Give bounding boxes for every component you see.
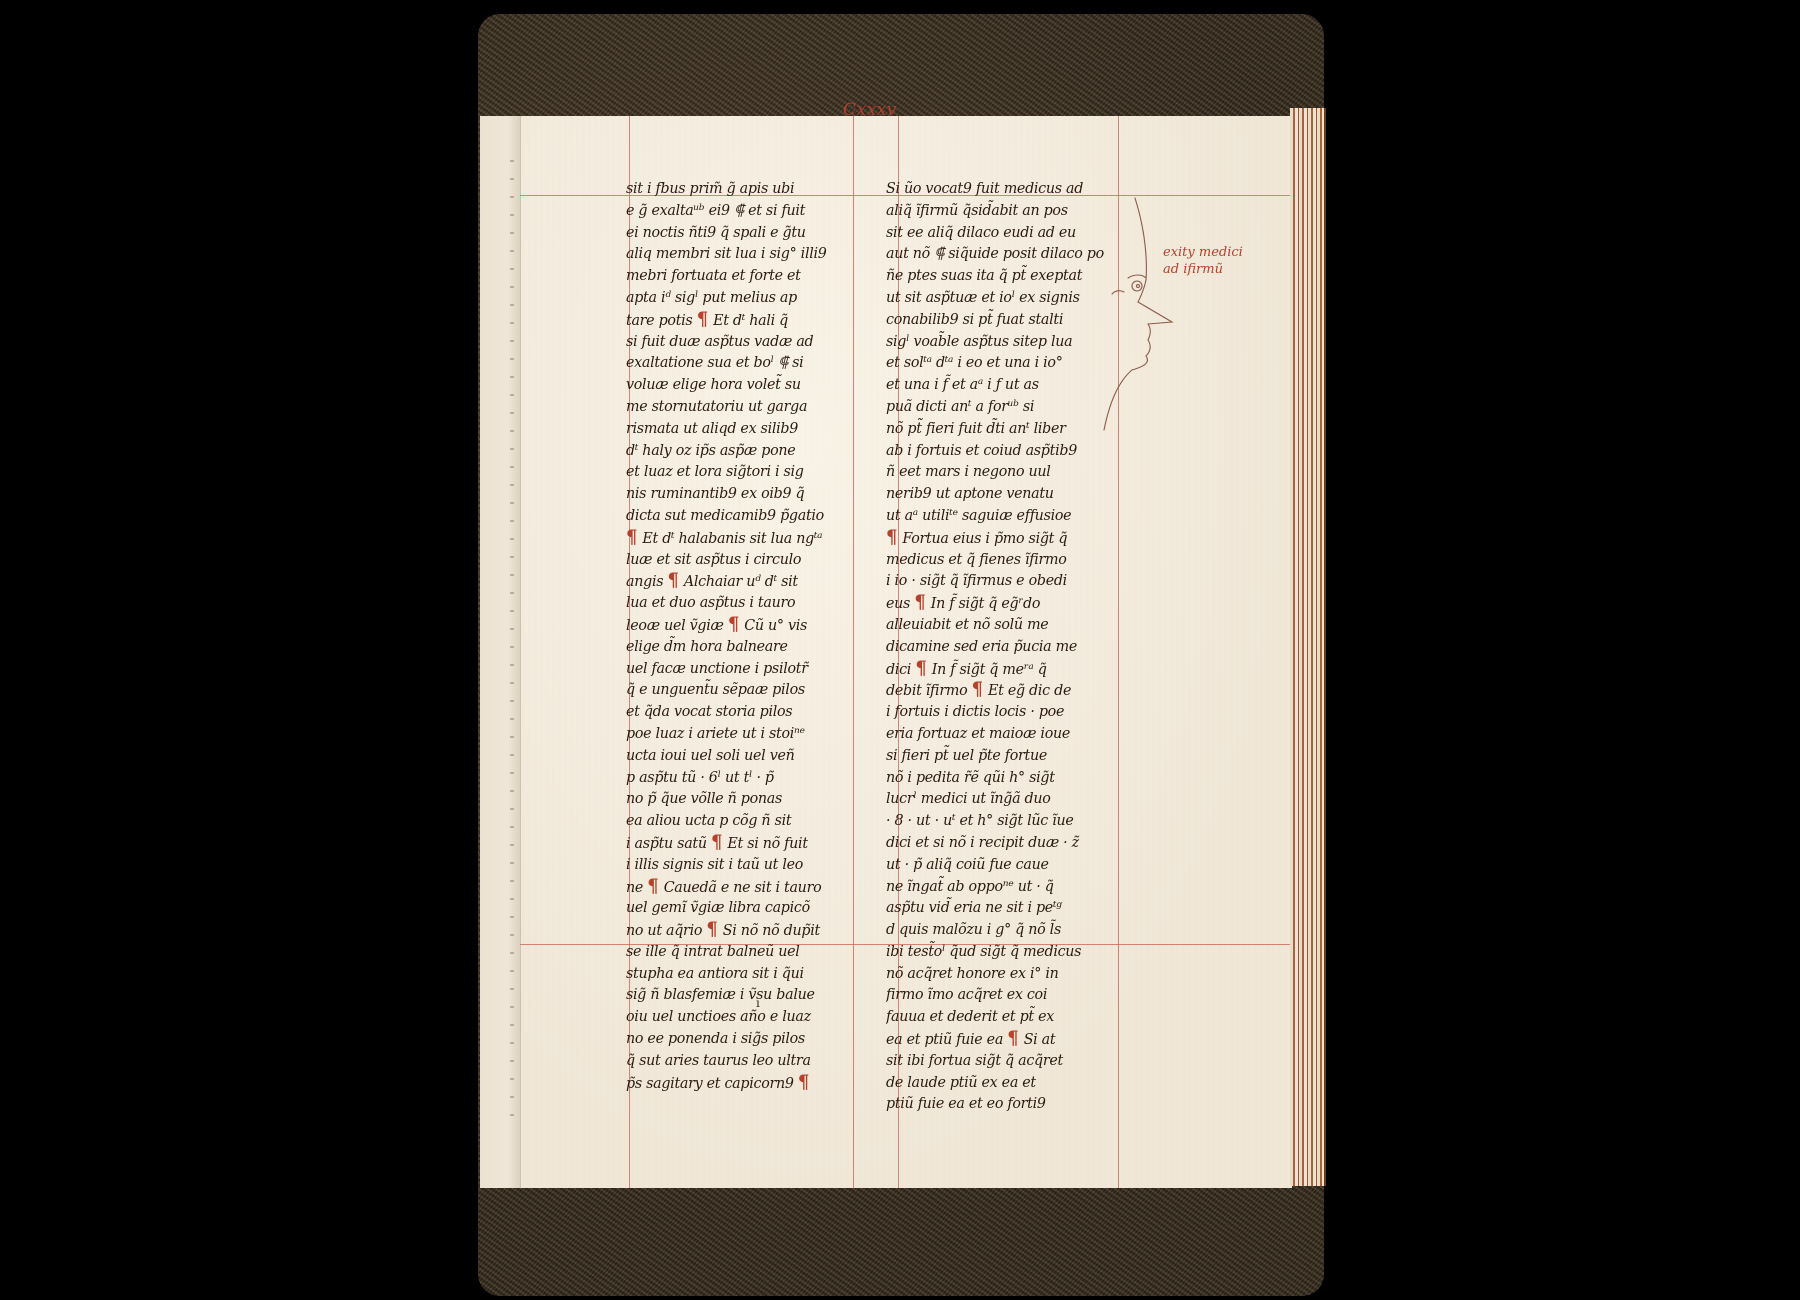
text-line: aliq̃ ĩfirmũ q̃sid̃abit an pos bbox=[886, 200, 1112, 222]
text-line: mebri fortuata et forte et bbox=[626, 265, 846, 287]
rubric-paraph-icon: ¶ bbox=[706, 919, 717, 940]
text-line: sigˡ voab̃le asp̃tus sitep lua bbox=[886, 331, 1112, 353]
text-line: ut aᵃ utiliᵗᵉ saguiæ effusioe bbox=[886, 505, 1112, 527]
text-segment: et solᵗᵃ dᵗᵃ i eo et una i io° bbox=[886, 353, 1063, 371]
text-segment: fauua et dederit et pt̃ ex bbox=[886, 1007, 1054, 1025]
text-segment: eus bbox=[886, 594, 914, 612]
text-line: d quis malõzu i g° q̃ nõ l̃s bbox=[886, 919, 1112, 941]
text-line: ne ĩngat̃ ab oppoⁿᵉ ut · q̃ bbox=[886, 876, 1112, 898]
text-line: q̃ e unguent̃u sẽpaæ pilos bbox=[626, 679, 846, 701]
text-segment: angis bbox=[626, 572, 667, 590]
rubric-paraph-icon: ¶ bbox=[697, 309, 708, 330]
text-segment: alleuiabit et nõ solũ me bbox=[886, 615, 1048, 633]
text-line: apta iᵈ sigˡ put melius ap bbox=[626, 287, 846, 309]
text-segment: de laude ptiũ ex ea et bbox=[886, 1073, 1036, 1091]
text-line: i asp̃tu satũ ¶ Et si nõ fuit bbox=[626, 832, 846, 854]
text-line: exaltatione sua et boˡ ⸿ si bbox=[626, 352, 846, 374]
text-segment: nerib9 ut aptone venatu bbox=[886, 484, 1054, 502]
rubric-paraph-icon: ¶ bbox=[711, 832, 722, 853]
text-line: ucta ioui uel soli uel veñ bbox=[626, 745, 846, 767]
text-segment: medicus et q̃ fienes ĩfirmo bbox=[886, 550, 1067, 568]
text-segment: mebri fortuata et forte et bbox=[626, 266, 801, 284]
text-line: rismata ut aliqd ex silib9 bbox=[626, 418, 846, 440]
text-segment: ut sit asp̃tuæ et ioˡ ex signis bbox=[886, 288, 1080, 306]
text-line: ea et ptiũ fuie ea ¶ Si at bbox=[886, 1028, 1112, 1050]
text-line: no ut aq̃rio ¶ Si nõ nõ dup̃it bbox=[626, 919, 846, 941]
text-line: eria fortuaz et maioæ ioue bbox=[886, 723, 1112, 745]
text-line: dici ¶ In f̃ sig̃t q̃ meʳᵃ q̃ bbox=[886, 658, 1112, 680]
text-segment: sit i fbus prim̃ g̃ apis ubi bbox=[626, 179, 794, 197]
text-line: luæ et sit asp̃tus i circulo bbox=[626, 549, 846, 571]
text-line: ea aliou ucta p cõg ñ sit bbox=[626, 810, 846, 832]
text-segment: ibi test̃oˡ q̃ud sig̃t q̃ medicus bbox=[886, 942, 1081, 960]
text-segment: elige d̃m hora balneare bbox=[626, 637, 788, 655]
text-segment: e g̃ exaltaᵘᵇ ei9 ⸿ et si fuit bbox=[626, 201, 805, 219]
text-line: tare potis ¶ Et dᵗ hali q̃ bbox=[626, 309, 846, 331]
text-segment: ea et ptiũ fuie ea bbox=[886, 1030, 1007, 1048]
stray-ink-mark: ı bbox=[756, 996, 760, 1010]
text-line: p̃s sagitary et capicorn9 ¶ bbox=[626, 1072, 846, 1094]
rubric-paraph-icon: ¶ bbox=[1007, 1028, 1018, 1049]
text-line: q̃ sut aries taurus leo ultra bbox=[626, 1050, 846, 1072]
text-segment: no p̃ q̃ue võlle ñ ponas bbox=[626, 789, 782, 807]
text-segment: uel facæ unctione i psilotr̃ bbox=[626, 659, 808, 677]
text-line: aut nõ ⸿ siq̃uide posit dilaco po bbox=[886, 243, 1112, 265]
text-line: uel facæ unctione i psilotr̃ bbox=[626, 658, 846, 680]
text-line: sit ee aliq̃ dilaco eudi ad eu bbox=[886, 222, 1112, 244]
text-line: se ille q̃ intrat balneũ uel bbox=[626, 941, 846, 963]
text-line: ¶ Et dᵗ halabanis sit lua ngᵗᵃ bbox=[626, 527, 846, 549]
text-line: lua et duo asp̃tus i tauro bbox=[626, 592, 846, 614]
text-line: et solᵗᵃ dᵗᵃ i eo et una i io° bbox=[886, 352, 1112, 374]
text-segment: luæ et sit asp̃tus i circulo bbox=[626, 550, 801, 568]
text-line: fauua et dederit et pt̃ ex bbox=[886, 1006, 1112, 1028]
text-segment: leoæ uel ṽgiæ bbox=[626, 616, 728, 634]
text-segment: sig̃ ñ blasfemiæ i ṽsu balue bbox=[626, 985, 815, 1003]
text-segment: Cauedã e ne sit i tauro bbox=[659, 878, 821, 896]
text-segment: dᵗ haly oz ip̃s asp̃æ pone bbox=[626, 441, 795, 459]
text-segment: Si nõ nõ dup̃it bbox=[719, 921, 820, 939]
text-column-left: sit i fbus prim̃ g̃ apis ubie g̃ exaltaᵘ… bbox=[626, 178, 858, 1093]
text-segment: dicamine sed eria p̃ucia me bbox=[886, 637, 1077, 655]
text-segment: uel gemĩ ṽgiæ libra capicõ bbox=[626, 898, 810, 916]
text-segment: i asp̃tu satũ bbox=[626, 834, 711, 852]
text-line: sit ibi fortua sig̃t q̃ acq̃ret bbox=[886, 1050, 1112, 1072]
text-line: no ee ponenda i sig̃s pilos bbox=[626, 1028, 846, 1050]
text-segment: exaltatione sua et boˡ ⸿ si bbox=[626, 353, 803, 371]
rubric-paraph-icon: ¶ bbox=[647, 876, 658, 897]
text-line: angis ¶ Alchaiar uᵈ dᵗ sit bbox=[626, 570, 846, 592]
text-line: e g̃ exaltaᵘᵇ ei9 ⸿ et si fuit bbox=[626, 200, 846, 222]
text-line: i io · sig̃t q̃ ĩfirmus e obedi bbox=[886, 570, 1112, 592]
text-segment: sit ibi fortua sig̃t q̃ acq̃ret bbox=[886, 1051, 1063, 1069]
text-line: dᵗ haly oz ip̃s asp̃æ pone bbox=[626, 440, 846, 462]
text-line: nis ruminantib9 ex oib9 q̃ bbox=[626, 483, 846, 505]
text-segment: dici bbox=[886, 660, 915, 678]
text-line: nõ i pedita r̃ẽ qũi h° sig̃t bbox=[886, 767, 1112, 789]
text-segment: eria fortuaz et maioæ ioue bbox=[886, 724, 1070, 742]
text-segment: voluæ elige hora volet̃ su bbox=[626, 375, 801, 393]
text-line: ei noctis ñti9 q̃ spali e g̃tu bbox=[626, 222, 846, 244]
text-line: asp̃tu vid̃ eria ne sit i peᵗᵍ bbox=[886, 897, 1112, 919]
text-segment: nõ acq̃ret honore ex i° in bbox=[886, 964, 1058, 982]
text-line: uel gemĩ ṽgiæ libra capicõ bbox=[626, 897, 846, 919]
text-segment: si fieri pt̃ uel p̃te fortue bbox=[886, 746, 1047, 764]
text-segment: ñ eet mars i negono uul bbox=[886, 462, 1051, 480]
text-segment: firmo ĩmo acq̃ret ex coi bbox=[886, 985, 1047, 1003]
text-line: dicta sut medicamib9 p̃gatio bbox=[626, 505, 846, 527]
text-segment: p asp̃tu tũ · 6ˡ ut tˡ · p̃ bbox=[626, 768, 774, 786]
text-segment: me stornutatoriu ut garga bbox=[626, 397, 807, 415]
text-segment: Fortua eius i p̃mo sig̃t q̃ bbox=[898, 529, 1067, 547]
text-segment: nõ pt̃ fieri fuit d̃ti anᵗ liber bbox=[886, 419, 1066, 437]
text-line: · 8 · ut · uᵗ et h° sig̃t lũc ĩue bbox=[886, 810, 1112, 832]
text-line: ut · p̃ aliq̃ coiũ fue caue bbox=[886, 854, 1112, 876]
text-segment: lua et duo asp̃tus i tauro bbox=[626, 593, 795, 611]
rubric-paraph-icon: ¶ bbox=[915, 658, 926, 679]
text-segment: et q̃da vocat storia pilos bbox=[626, 702, 792, 720]
profile-face-drawing-icon bbox=[1080, 190, 1190, 450]
text-segment: rismata ut aliqd ex silib9 bbox=[626, 419, 798, 437]
text-line: voluæ elige hora volet̃ su bbox=[626, 374, 846, 396]
text-segment: q̃ e unguent̃u sẽpaæ pilos bbox=[626, 680, 805, 698]
rubric-paraph-icon: ¶ bbox=[798, 1072, 809, 1093]
rubric-paraph-icon: ¶ bbox=[626, 527, 637, 548]
page-fore-edge bbox=[1290, 108, 1326, 1186]
text-segment: ea aliou ucta p cõg ñ sit bbox=[626, 811, 791, 829]
text-segment: ucta ioui uel soli uel veñ bbox=[626, 746, 795, 764]
text-segment: oiu uel unctioes año e luaz bbox=[626, 1007, 811, 1025]
text-line: ñ eet mars i negono uul bbox=[886, 461, 1112, 483]
text-segment: Et si nõ fuit bbox=[723, 834, 808, 852]
text-line: ptiũ fuie ea et eo forti9 bbox=[886, 1093, 1112, 1115]
text-line: aliq membri sit lua i sig° illi9 bbox=[626, 243, 846, 265]
text-segment: et una i f̃ et aᵃ i ƒ ut as bbox=[886, 375, 1039, 393]
text-line: no p̃ q̃ue võlle ñ ponas bbox=[626, 788, 846, 810]
text-line: firmo ĩmo acq̃ret ex coi bbox=[886, 984, 1112, 1006]
text-segment: aliq̃ ĩfirmũ q̃sid̃abit an pos bbox=[886, 201, 1068, 219]
text-line: lucrˡ medici ut ĩng̃ã duo bbox=[886, 788, 1112, 810]
sewing-marks bbox=[510, 160, 514, 1120]
text-segment: dicta sut medicamib9 p̃gatio bbox=[626, 506, 824, 524]
text-segment: ei noctis ñti9 q̃ spali e g̃tu bbox=[626, 223, 806, 241]
text-segment: ut aᵃ utiliᵗᵉ saguiæ effusioe bbox=[886, 506, 1071, 524]
text-line: dicamine sed eria p̃ucia me bbox=[886, 636, 1112, 658]
rubric-paraph-icon: ¶ bbox=[914, 592, 925, 613]
text-segment: ut · p̃ aliq̃ coiũ fue caue bbox=[886, 855, 1049, 873]
text-segment: se ille q̃ intrat balneũ uel bbox=[626, 942, 800, 960]
text-segment: d quis malõzu i g° q̃ nõ l̃s bbox=[886, 920, 1061, 938]
text-segment: nis ruminantib9 ex oib9 q̃ bbox=[626, 484, 804, 502]
text-segment: Si at bbox=[1019, 1030, 1055, 1048]
text-line: debit ĩfirmo ¶ Et eg̃ dic de bbox=[886, 679, 1112, 701]
text-line: elige d̃m hora balneare bbox=[626, 636, 846, 658]
text-segment: stupha ea antiora sit i q̃ui bbox=[626, 964, 804, 982]
text-segment: ptiũ fuie ea et eo forti9 bbox=[886, 1094, 1046, 1112]
text-line: de laude ptiũ ex ea et bbox=[886, 1072, 1112, 1094]
text-segment: Cũ u° vis bbox=[740, 616, 807, 634]
text-line: nõ pt̃ fieri fuit d̃ti anᵗ liber bbox=[886, 418, 1112, 440]
text-line: conabilib9 si pt̃ fuat stalti bbox=[886, 309, 1112, 331]
text-segment: aut nõ ⸿ siq̃uide posit dilaco po bbox=[886, 244, 1104, 262]
text-segment: tare potis bbox=[626, 311, 697, 329]
page-gutter bbox=[480, 116, 521, 1188]
text-segment: conabilib9 si pt̃ fuat stalti bbox=[886, 310, 1063, 328]
text-segment: no ut aq̃rio bbox=[626, 921, 706, 939]
text-segment: nõ i pedita r̃ẽ qũi h° sig̃t bbox=[886, 768, 1055, 786]
text-segment: poe luaz i ariete ut i stoiⁿᵉ bbox=[626, 724, 805, 742]
text-line: p asp̃tu tũ · 6ˡ ut tˡ · p̃ bbox=[626, 767, 846, 789]
text-segment: ñe ptes suas ita q̃ pt̃ exeptat bbox=[886, 266, 1082, 284]
text-line: i fortuis i dictis locis · poe bbox=[886, 701, 1112, 723]
text-segment: ne ĩngat̃ ab oppoⁿᵉ ut · q̃ bbox=[886, 877, 1054, 895]
text-line: ut sit asp̃tuæ et ioˡ ex signis bbox=[886, 287, 1112, 309]
text-segment: i illis signis sit i taũ ut leo bbox=[626, 855, 803, 873]
rubric-paraph-icon: ¶ bbox=[667, 570, 678, 591]
text-segment: debit ĩfirmo bbox=[886, 681, 972, 699]
rubric-paraph-icon: ¶ bbox=[972, 679, 983, 700]
text-segment: Et dᵗ hali q̃ bbox=[709, 311, 788, 329]
text-segment: p̃s sagitary et capicorn9 bbox=[626, 1074, 798, 1092]
text-segment: puã dicti anᵗ a forᵘᵇ si bbox=[886, 397, 1034, 415]
text-segment: i io · sig̃t q̃ ĩfirmus e obedi bbox=[886, 571, 1067, 589]
rubric-paraph-icon: ¶ bbox=[728, 614, 739, 635]
text-segment: si fuit duæ asp̃tus vadæ ad bbox=[626, 332, 813, 350]
text-segment: sit ee aliq̃ dilaco eudi ad eu bbox=[886, 223, 1076, 241]
text-line: puã dicti anᵗ a forᵘᵇ si bbox=[886, 396, 1112, 418]
text-line: i illis signis sit i taũ ut leo bbox=[626, 854, 846, 876]
text-segment: i fortuis i dictis locis · poe bbox=[886, 702, 1064, 720]
text-line: et q̃da vocat storia pilos bbox=[626, 701, 846, 723]
text-line: stupha ea antiora sit i q̃ui bbox=[626, 963, 846, 985]
text-segment: Alchaiar uᵈ dᵗ sit bbox=[680, 572, 798, 590]
text-line: et una i f̃ et aᵃ i ƒ ut as bbox=[886, 374, 1112, 396]
text-line: si fuit duæ asp̃tus vadæ ad bbox=[626, 331, 846, 353]
folio-number: Cxxxv bbox=[843, 100, 897, 120]
text-segment: lucrˡ medici ut ĩng̃ã duo bbox=[886, 789, 1051, 807]
text-segment: q̃ sut aries taurus leo ultra bbox=[626, 1051, 811, 1069]
text-line: sit i fbus prim̃ g̃ apis ubi bbox=[626, 178, 846, 200]
text-segment: In f̃ sig̃t q̃ eg̃ʳdo bbox=[926, 594, 1040, 612]
text-line: Si ũo vocat9 fuit medicus ad bbox=[886, 178, 1112, 200]
text-segment: ab i fortuis et coiud asp̃tib9 bbox=[886, 441, 1077, 459]
text-line: leoæ uel ṽgiæ ¶ Cũ u° vis bbox=[626, 614, 846, 636]
text-line: nerib9 ut aptone venatu bbox=[886, 483, 1112, 505]
text-segment: ne bbox=[626, 878, 647, 896]
text-line: sig̃ ñ blasfemiæ i ṽsu balue bbox=[626, 984, 846, 1006]
text-line: oiu uel unctioes año e luaz bbox=[626, 1006, 846, 1028]
text-segment: no ee ponenda i sig̃s pilos bbox=[626, 1029, 805, 1047]
text-line: medicus et q̃ fienes ĩfirmo bbox=[886, 549, 1112, 571]
text-line: nõ acq̃ret honore ex i° in bbox=[886, 963, 1112, 985]
text-line: ibi test̃oˡ q̃ud sig̃t q̃ medicus bbox=[886, 941, 1112, 963]
text-line: ¶ Fortua eius i p̃mo sig̃t q̃ bbox=[886, 527, 1112, 549]
text-line: si fieri pt̃ uel p̃te fortue bbox=[886, 745, 1112, 767]
text-segment: Si ũo vocat9 fuit medicus ad bbox=[886, 179, 1083, 197]
text-line: me stornutatoriu ut garga bbox=[626, 396, 846, 418]
text-line: et luaz et lora sig̃tori i sig bbox=[626, 461, 846, 483]
text-segment: apta iᵈ sigˡ put melius ap bbox=[626, 288, 797, 306]
text-line: poe luaz i ariete ut i stoiⁿᵉ bbox=[626, 723, 846, 745]
text-segment: asp̃tu vid̃ eria ne sit i peᵗᵍ bbox=[886, 898, 1062, 916]
text-segment: · 8 · ut · uᵗ et h° sig̃t lũc ĩue bbox=[886, 811, 1074, 829]
text-line: alleuiabit et nõ solũ me bbox=[886, 614, 1112, 636]
text-line: ñe ptes suas ita q̃ pt̃ exeptat bbox=[886, 265, 1112, 287]
text-segment: dici et si nõ i recipit duæ · z̃ bbox=[886, 833, 1079, 851]
text-segment: sigˡ voab̃le asp̃tus sitep lua bbox=[886, 332, 1072, 350]
text-segment: Et dᵗ halabanis sit lua ngᵗᵃ bbox=[638, 529, 822, 547]
text-line: eus ¶ In f̃ sig̃t q̃ eg̃ʳdo bbox=[886, 592, 1112, 614]
text-segment: Et eg̃ dic de bbox=[984, 681, 1071, 699]
text-segment: et luaz et lora sig̃tori i sig bbox=[626, 462, 804, 480]
text-segment: In f̃ sig̃t q̃ meʳᵃ q̃ bbox=[927, 660, 1046, 678]
text-line: ab i fortuis et coiud asp̃tib9 bbox=[886, 440, 1112, 462]
rubric-paraph-icon: ¶ bbox=[886, 527, 897, 548]
text-segment: aliq membri sit lua i sig° illi9 bbox=[626, 244, 827, 262]
text-line: ne ¶ Cauedã e ne sit i tauro bbox=[626, 876, 846, 898]
text-line: dici et si nõ i recipit duæ · z̃ bbox=[886, 832, 1112, 854]
